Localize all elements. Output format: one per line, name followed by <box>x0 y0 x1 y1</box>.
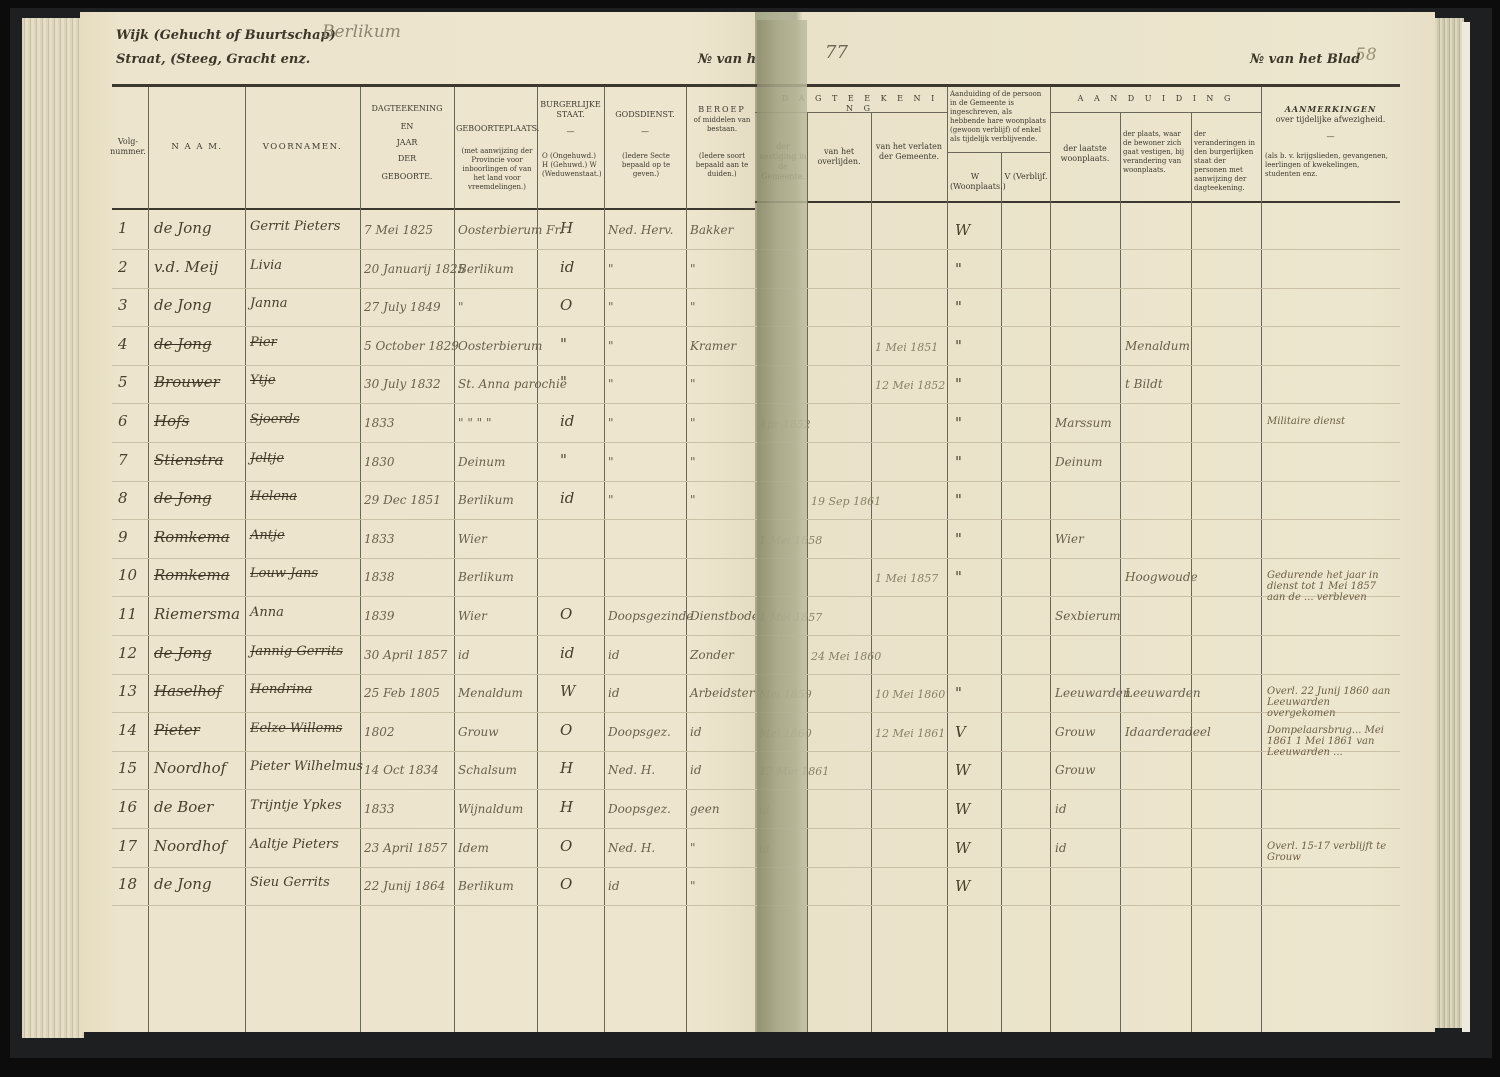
row-beroep: geen <box>690 802 720 816</box>
geboorte-line-5: GEBOORTE. <box>361 172 453 182</box>
col-header-aanmerkingen-note: (als b. v. krijgslieden, gevangenen, lee… <box>1265 152 1397 179</box>
row-geboorte: 14 Oct 1834 <box>364 763 439 777</box>
row-geboorteplaats: Wier <box>458 532 487 546</box>
row-laatste-woonplaats: id <box>1055 802 1067 816</box>
row-laatste-woonplaats: Grouw <box>1055 763 1096 777</box>
row-woonplaats-verblijf: " <box>955 298 962 316</box>
row-naam: Noordhof <box>154 759 226 777</box>
row-rule <box>112 596 760 597</box>
row-geboorte: 5 October 1829 <box>364 339 459 353</box>
row-verlaten: 10 Mei 1860 <box>875 688 945 701</box>
row-verlaten: 12 Mei 1852 <box>875 379 945 392</box>
row-geboorte: 23 April 1857 <box>364 841 447 855</box>
row-naam: Noordhof <box>154 837 226 855</box>
row-geboorte: 27 July 1849 <box>364 300 441 314</box>
row-aanmerking: Militaire dienst <box>1267 416 1395 427</box>
col-line <box>807 112 808 1032</box>
row-woonplaats-verblijf: " <box>955 260 962 278</box>
row-number: 15 <box>118 759 137 777</box>
col-header-laatste-woonplaats: der laatste woonplaats. <box>1052 144 1118 164</box>
row-rule <box>112 249 760 250</box>
row-burgerlijke-staat: H <box>560 759 573 777</box>
row-voornamen: Livia <box>250 258 282 273</box>
row-rule <box>755 905 1400 906</box>
col-line <box>1050 87 1051 1032</box>
row-godsdienst: Ned. H. <box>608 763 655 777</box>
row-burgerlijke-staat: H <box>560 219 573 237</box>
col-header-beroep-sub: of middelen van bestaan. <box>687 116 757 134</box>
row-geboorteplaats: " " " " <box>458 416 492 430</box>
row-rule <box>755 326 1400 327</box>
row-laatste-woonplaats: Marssum <box>1055 416 1112 430</box>
row-voornamen: Anna <box>250 605 284 620</box>
row-voornamen: Pieter Wilhelmus <box>250 759 363 774</box>
row-geboorteplaats: Deinum <box>458 455 505 469</box>
row-godsdienst: " <box>608 455 614 469</box>
row-geboorte: 1838 <box>364 570 395 584</box>
geboorte-line-2: EN <box>361 122 453 132</box>
col-header-geboorteplaats-note: (met aanwijzing der Provincie voor inboo… <box>458 147 536 192</box>
row-rule <box>112 403 760 404</box>
row-aanmerking: Gedurende het jaar in dienst tot 1 Mei 1… <box>1267 570 1395 603</box>
row-voornamen: Antje <box>250 528 285 543</box>
row-woonplaats-verblijf: W <box>955 761 970 779</box>
subheader-line <box>1050 112 1261 113</box>
row-beroep: Arbeidster <box>690 686 755 700</box>
row-rule <box>112 481 760 482</box>
row-burgerlijke-staat: id <box>560 489 574 507</box>
row-naam: Romkema <box>154 566 230 584</box>
row-number: 2 <box>118 258 128 276</box>
row-geboorteplaats: " <box>458 300 464 314</box>
row-burgerlijke-staat: id <box>560 258 574 276</box>
row-geboorte: 7 Mei 1825 <box>364 223 433 237</box>
row-beroep: id <box>690 763 702 777</box>
col-header-v-verblijf: V (Verblijf. <box>1002 172 1050 182</box>
col-header-aanmerkingen-dash: — <box>1263 132 1398 142</box>
row-laatste-woonplaats: Grouw <box>1055 725 1096 739</box>
col-header-burgerlijke-staat-note: O (Ongehuwd.) H (Gehuwd.) W (Weduwenstaa… <box>542 152 602 179</box>
row-geboorteplaats: id <box>458 648 470 662</box>
geboorte-line-3: JAAR <box>361 138 453 148</box>
row-rule <box>112 519 760 520</box>
row-beroep: " <box>690 455 696 469</box>
row-woonplaats-verblijf: " <box>955 568 962 586</box>
col-line <box>148 87 149 1032</box>
row-naam: Brouwer <box>154 373 220 391</box>
col-header-aanduiding-persoon: Aanduiding of de persoon in de Gemeente … <box>950 90 1048 144</box>
col-header-veranderingen: der veranderingen in den burgerlijken st… <box>1194 130 1260 193</box>
row-geboorte: 1830 <box>364 455 395 469</box>
row-godsdienst: Doopsgezinde <box>608 609 693 623</box>
row-woonplaats-verblijf: W <box>955 221 970 239</box>
row-rule <box>112 867 760 868</box>
row-plaats-vestigen: Hoogwoude <box>1125 570 1198 584</box>
col-header-beroep-note: (Iedere soort bepaald aan te duiden.) <box>687 152 757 179</box>
col-header-naam: N A A M. <box>150 142 244 152</box>
row-voornamen: Jannig Gerrits <box>250 644 343 659</box>
row-rule <box>112 828 760 829</box>
straat-label: Straat, (Steeg, Gracht enz. <box>116 52 310 67</box>
row-rule <box>112 558 760 559</box>
row-geboorteplaats: Oosterbierum <box>458 339 542 353</box>
geboorte-line-4: DER <box>361 154 453 164</box>
row-rule <box>112 288 760 289</box>
row-godsdienst: " <box>608 493 614 507</box>
col-header-aanmerkingen-sub: over tijdelijke afwezigheid. <box>1263 115 1398 125</box>
row-burgerlijke-staat: " <box>560 373 567 391</box>
row-rule <box>755 558 1400 559</box>
row-geboorteplaats: Schalsum <box>458 763 517 777</box>
row-number: 10 <box>118 566 137 584</box>
row-naam: Pieter <box>154 721 200 739</box>
row-woonplaats-verblijf: " <box>955 337 962 355</box>
row-naam: de Boer <box>154 798 213 816</box>
row-plaats-vestigen: Leeuwarden <box>1125 686 1201 700</box>
row-woonplaats-verblijf: W <box>955 877 970 895</box>
row-beroep: Dienstbode <box>690 609 759 623</box>
row-voornamen: Pier <box>250 335 277 350</box>
row-voornamen: Helena <box>250 489 297 504</box>
col-header-w-woonplaats: W (Woonplaats.) <box>950 172 1000 192</box>
col-header-beroep: BEROEP <box>687 105 757 115</box>
row-geboorte: 1833 <box>364 802 395 816</box>
row-burgerlijke-staat: O <box>560 296 572 314</box>
row-geboorteplaats: Grouw <box>458 725 499 739</box>
row-overlijden: 19 Sep 1861 <box>811 495 881 508</box>
row-rule <box>112 326 760 327</box>
row-woonplaats-verblijf: W <box>955 800 970 818</box>
row-godsdienst: Doopsgez. <box>608 725 671 739</box>
row-naam: de Jong <box>154 644 212 662</box>
col-header-godsdienst-dash: — <box>605 127 685 137</box>
row-rule <box>755 288 1400 289</box>
row-woonplaats-verblijf: W <box>955 839 970 857</box>
row-geboorte: 22 Junij 1864 <box>364 879 445 893</box>
row-beroep: " <box>690 262 696 276</box>
row-naam: de Jong <box>154 875 212 893</box>
header-top-rule <box>112 84 760 87</box>
row-beroep: Bakker <box>690 223 733 237</box>
row-beroep: Kramer <box>690 339 736 353</box>
row-godsdienst: Ned. H. <box>608 841 655 855</box>
row-beroep: " <box>690 416 696 430</box>
left-register-page: Wijk (Gehucht of Buurtschap) Berlikum St… <box>80 12 760 1032</box>
row-burgerlijke-staat: W <box>560 682 575 700</box>
row-naam: Haselhof <box>154 682 222 700</box>
col-line <box>1261 87 1262 1032</box>
row-aanmerking: Overl. 22 Junij 1860 aan Leeuwarden over… <box>1267 686 1395 719</box>
row-voornamen: Sjoerds <box>250 412 300 427</box>
row-burgerlijke-staat: id <box>560 412 574 430</box>
blad-value: 58 <box>1355 45 1377 65</box>
right-register-page: 77 № van het Blad 58 D A G T E E K E N I… <box>755 12 1435 1032</box>
col-header-verlaten: van het verlaten der Gemeente. <box>873 142 945 162</box>
row-geboorteplaats: Berlikum <box>458 570 514 584</box>
right-page-edges <box>1432 18 1464 1028</box>
row-voornamen: Jeltje <box>250 451 284 466</box>
geboorte-line-1: DAGTEEKENING <box>361 104 453 114</box>
row-laatste-woonplaats: Leeuwarden <box>1055 686 1131 700</box>
row-godsdienst: id <box>608 879 620 893</box>
row-geboorte: 25 Feb 1805 <box>364 686 440 700</box>
row-rule <box>112 635 760 636</box>
row-geboorteplaats: Wier <box>458 609 487 623</box>
row-beroep: " <box>690 879 696 893</box>
row-rule <box>112 712 760 713</box>
row-rule <box>755 674 1400 675</box>
col-header-aanduiding: A A N D U I D I N G <box>1051 94 1261 104</box>
row-voornamen: Aaltje Pieters <box>250 837 339 852</box>
row-naam: Hofs <box>154 412 189 430</box>
row-rule <box>112 789 760 790</box>
row-beroep: " <box>690 377 696 391</box>
row-naam: Romkema <box>154 528 230 546</box>
col-line <box>686 87 687 1032</box>
row-burgerlijke-staat: H <box>560 798 573 816</box>
right-endpaper-edge <box>1462 22 1470 1032</box>
row-verlaten: 12 Mei 1861 <box>875 727 945 740</box>
row-godsdienst: id <box>608 686 620 700</box>
row-beroep: Zonder <box>690 648 734 662</box>
col-header-plaats-vestigen: der plaats, waar de bewoner zich gaat ve… <box>1123 130 1189 175</box>
row-voornamen: Hendrina <box>250 682 312 697</box>
row-naam: de Jong <box>154 489 212 507</box>
row-geboorteplaats: Berlikum <box>458 262 514 276</box>
row-beroep: " <box>690 300 696 314</box>
col-line <box>1120 112 1121 1032</box>
row-rule <box>755 519 1400 520</box>
row-geboorteplaats: Oosterbierum Fr. <box>458 223 563 237</box>
row-naam: de Jong <box>154 335 212 353</box>
huis-nummer-label: № van het Huis <box>698 52 760 67</box>
row-geboorte: 20 Januarij 1825 <box>364 262 465 276</box>
row-woonplaats-verblijf: " <box>955 375 962 393</box>
row-voornamen: Louw Jans <box>250 566 318 581</box>
row-naam: de Jong <box>154 296 212 314</box>
book-gutter <box>757 20 807 1032</box>
row-number: 6 <box>118 412 128 430</box>
row-burgerlijke-staat: id <box>560 644 574 662</box>
row-voornamen: Ytje <box>250 373 276 388</box>
row-number: 3 <box>118 296 128 314</box>
row-voornamen: Janna <box>250 296 287 311</box>
row-beroep: " <box>690 493 696 507</box>
row-rule <box>755 442 1400 443</box>
row-number: 18 <box>118 875 137 893</box>
row-godsdienst: " <box>608 262 614 276</box>
row-rule <box>755 365 1400 366</box>
row-rule <box>755 635 1400 636</box>
row-geboorteplaats: Menaldum <box>458 686 523 700</box>
row-geboorte: 1833 <box>364 532 395 546</box>
row-godsdienst: Ned. Herv. <box>608 223 673 237</box>
row-laatste-woonplaats: Wier <box>1055 532 1084 546</box>
row-beroep: id <box>690 725 702 739</box>
col-line <box>947 87 948 1032</box>
col-header-godsdienst-note: (Iedere Secte bepaald op te geven.) <box>608 152 684 179</box>
row-burgerlijke-staat: " <box>560 335 567 353</box>
row-naam: Riemersma <box>154 605 240 623</box>
row-voornamen: Eelze Willems <box>250 721 342 736</box>
row-number: 12 <box>118 644 137 662</box>
row-rule <box>112 751 760 752</box>
row-naam: Stienstra <box>154 451 223 469</box>
row-rule <box>755 867 1400 868</box>
row-rule <box>755 481 1400 482</box>
col-header-aanmerkingen: AANMERKINGEN <box>1263 104 1398 114</box>
row-overlijden: 24 Mei 1860 <box>811 650 881 663</box>
row-plaats-vestigen: Menaldum <box>1125 339 1190 353</box>
row-burgerlijke-staat: O <box>560 837 572 855</box>
row-naam: de Jong <box>154 219 212 237</box>
row-voornamen: Trijntje Ypkes <box>250 798 342 813</box>
row-rule <box>755 403 1400 404</box>
header-bottom-rule <box>755 201 1400 203</box>
row-geboorte: 1839 <box>364 609 395 623</box>
row-godsdienst: " <box>608 339 614 353</box>
col-header-burgerlijke-staat-dash: — <box>538 127 603 137</box>
row-laatste-woonplaats: id <box>1055 841 1067 855</box>
row-woonplaats-verblijf: V <box>955 723 966 741</box>
left-page-edges <box>22 18 84 1038</box>
col-header-geboorte: DAGTEEKENING EN JAAR DER GEBOORTE. <box>361 104 453 182</box>
row-woonplaats-verblijf: " <box>955 491 962 509</box>
col-line <box>454 87 455 1032</box>
row-plaats-vestigen: Idaarderadeel <box>1125 725 1211 739</box>
row-geboorte: 1802 <box>364 725 395 739</box>
row-naam: v.d. Meij <box>154 258 218 276</box>
row-voornamen: Sieu Gerrits <box>250 875 330 890</box>
row-geboorte: 1833 <box>364 416 395 430</box>
col-line <box>1001 152 1002 1032</box>
row-rule <box>112 905 760 906</box>
wijk-label: Wijk (Gehucht of Buurtschap) <box>116 28 336 43</box>
row-verlaten: 1 Mei 1851 <box>875 341 938 354</box>
row-number: 13 <box>118 682 137 700</box>
row-godsdienst: id <box>608 648 620 662</box>
col-header-godsdienst: GODSDIENST. <box>605 110 685 120</box>
row-aanmerking: Overl. 15-17 verblijft te Grouw <box>1267 841 1395 863</box>
row-verlaten: 1 Mei 1857 <box>875 572 938 585</box>
header-top-rule <box>755 84 1400 87</box>
row-number: 11 <box>118 605 137 623</box>
row-number: 7 <box>118 451 128 469</box>
row-aanmerking: Dompelaarsbrug... Mei 1861 1 Mei 1861 va… <box>1267 725 1395 758</box>
col-header-volgnummer: Volg-nummer. <box>110 137 146 157</box>
row-number: 14 <box>118 721 137 739</box>
row-geboorteplaats: Wijnaldum <box>458 802 523 816</box>
row-number: 1 <box>118 219 128 237</box>
col-line <box>604 87 605 1032</box>
col-line <box>871 112 872 1032</box>
row-rule <box>112 674 760 675</box>
row-number: 4 <box>118 335 128 353</box>
col-line <box>360 87 361 1032</box>
col-line <box>245 87 246 1032</box>
row-geboorteplaats: Berlikum <box>458 493 514 507</box>
row-laatste-woonplaats: Deinum <box>1055 455 1102 469</box>
wijk-value: Berlikum <box>322 22 401 42</box>
row-geboorte: 29 Dec 1851 <box>364 493 441 507</box>
row-voornamen: Gerrit Pieters <box>250 219 340 234</box>
row-rule <box>755 249 1400 250</box>
row-plaats-vestigen: t Bildt <box>1125 377 1163 391</box>
row-geboorteplaats: St. Anna parochie <box>458 377 567 391</box>
col-header-overlijden: van het overlijden. <box>809 147 869 167</box>
row-godsdienst: " <box>608 300 614 314</box>
row-woonplaats-verblijf: " <box>955 684 962 702</box>
subheader-line <box>947 152 1050 153</box>
blad-label: № van het Blad <box>1250 52 1360 67</box>
row-godsdienst: " <box>608 416 614 430</box>
row-burgerlijke-staat: O <box>560 721 572 739</box>
row-woonplaats-verblijf: " <box>955 414 962 432</box>
row-number: 16 <box>118 798 137 816</box>
row-geboorte: 30 April 1857 <box>364 648 447 662</box>
row-number: 5 <box>118 373 128 391</box>
row-rule <box>112 365 760 366</box>
row-number: 8 <box>118 489 128 507</box>
row-rule <box>112 442 760 443</box>
row-burgerlijke-staat: " <box>560 451 567 469</box>
col-header-geboorteplaats: GEBOORTEPLAATS. <box>456 124 536 134</box>
row-woonplaats-verblijf: " <box>955 453 962 471</box>
row-woonplaats-verblijf: " <box>955 530 962 548</box>
row-geboorteplaats: Idem <box>458 841 489 855</box>
huis-nummer-value: 77 <box>825 42 848 63</box>
col-header-burgerlijke-staat: BURGERLIJKE STAAT. <box>538 100 603 120</box>
row-laatste-woonplaats: Sexbierum <box>1055 609 1121 623</box>
row-geboorteplaats: Berlikum <box>458 879 514 893</box>
row-geboorte: 30 July 1832 <box>364 377 441 391</box>
row-burgerlijke-staat: O <box>560 605 572 623</box>
row-godsdienst: Doopsgez. <box>608 802 671 816</box>
row-number: 9 <box>118 528 128 546</box>
col-header-voornamen: VOORNAMEN. <box>246 142 359 152</box>
row-beroep: " <box>690 841 696 855</box>
row-number: 17 <box>118 837 137 855</box>
row-burgerlijke-staat: O <box>560 875 572 893</box>
row-godsdienst: " <box>608 377 614 391</box>
row-rule <box>755 789 1400 790</box>
header-bottom-rule <box>112 208 760 210</box>
row-rule <box>755 828 1400 829</box>
